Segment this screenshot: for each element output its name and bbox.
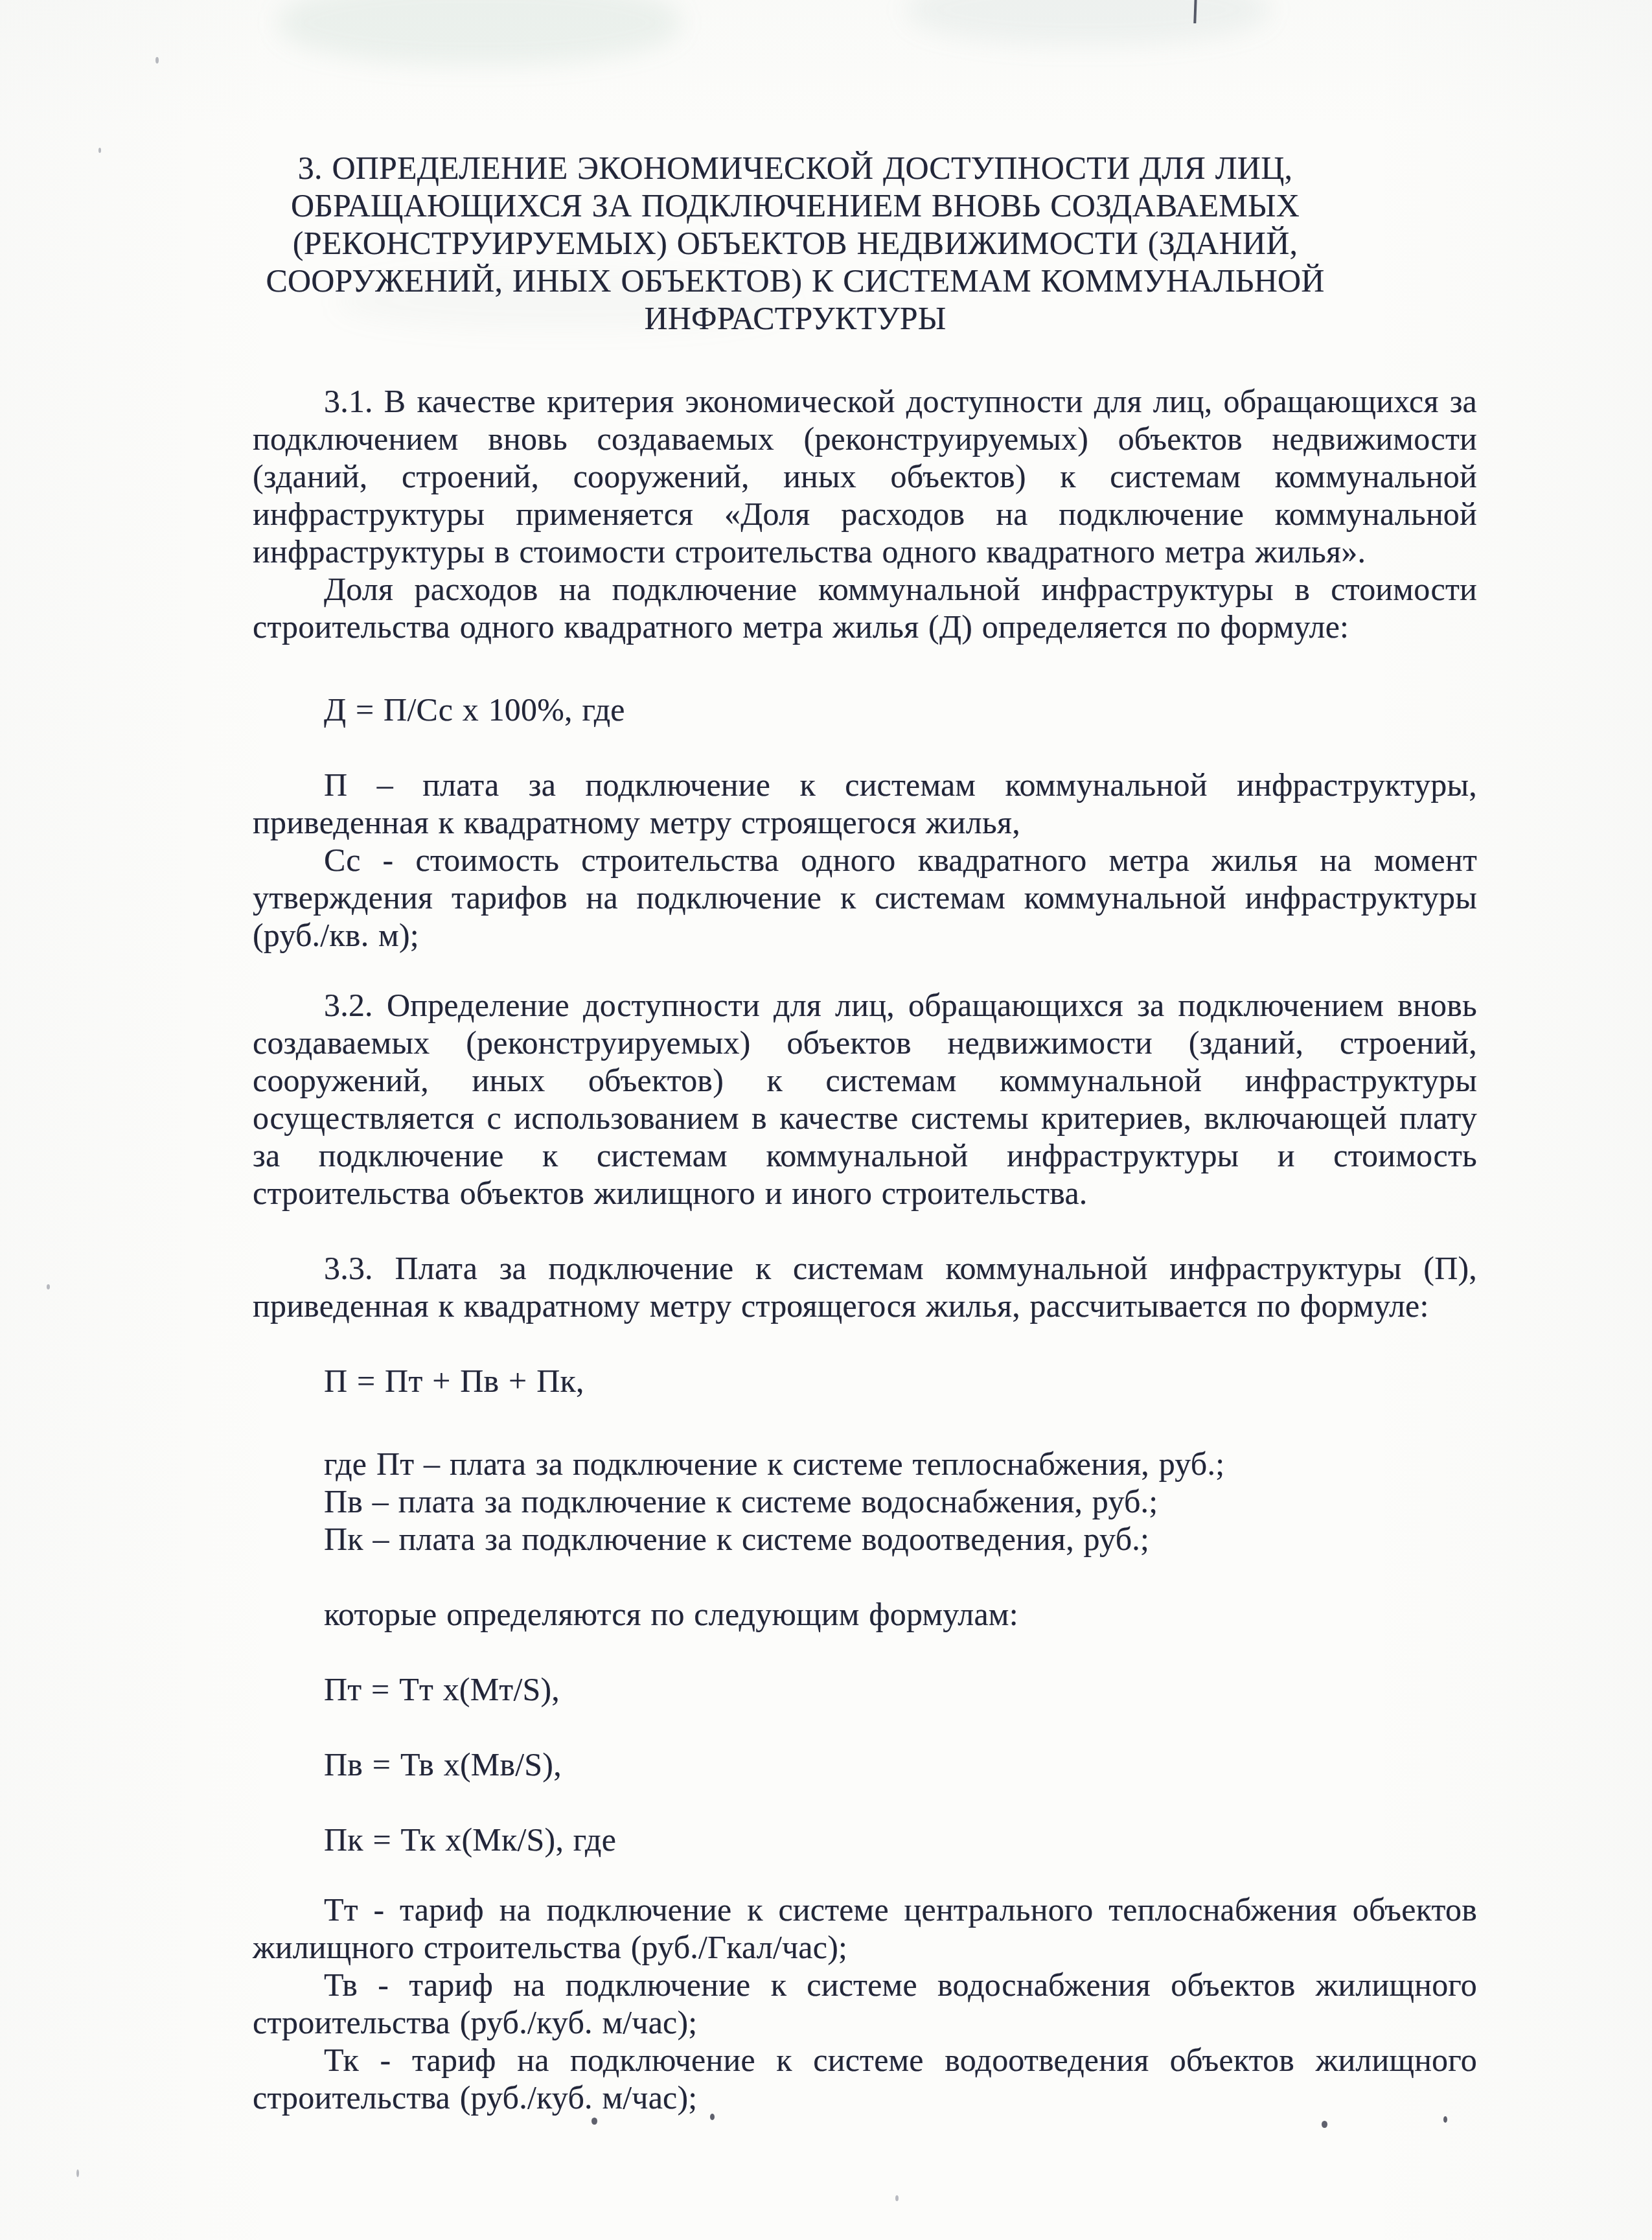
formula-pt: Пт = Тт х(Мт/S), <box>253 1670 1477 1708</box>
ink-speck <box>47 1284 50 1289</box>
scanned-document-page: 3. ОПРЕДЕЛЕНИЕ ЭКОНОМИЧЕСКОЙ ДОСТУПНОСТИ… <box>0 0 1652 2240</box>
title-line: (РЕКОНСТРУИРУЕМЫХ) ОБЪЕКТОВ НЕДВИЖИМОСТИ… <box>253 224 1338 262</box>
ink-speck <box>98 148 101 153</box>
title-line: 3. ОПРЕДЕЛЕНИЕ ЭКОНОМИЧЕСКОЙ ДОСТУПНОСТИ… <box>253 149 1338 187</box>
paragraph-term-p: П – плата за подключение к системам комм… <box>253 766 1477 841</box>
title-line: ИНФРАСТРУКТУРЫ <box>253 299 1338 337</box>
paragraph-formulas-intro: которые определяются по следующим формул… <box>253 1595 1477 1633</box>
formula-pk: Пк = Тк х(Мк/S), где <box>253 1821 1477 1858</box>
title-line: ОБРАЩАЮЩИХСЯ ЗА ПОДКЛЮЧЕНИЕМ ВНОВЬ СОЗДА… <box>253 187 1338 224</box>
paragraph-tariff-tt: Тт - тариф на подключение к системе цент… <box>253 1891 1477 1966</box>
document-content: 3. ОПРЕДЕЛЕНИЕ ЭКОНОМИЧЕСКОЙ ДОСТУПНОСТИ… <box>253 0 1477 2116</box>
ink-speck <box>710 2114 715 2120</box>
paragraph-term-cc: Сс - стоимость строительства одного квад… <box>253 841 1477 954</box>
title-line: СООРУЖЕНИЙ, ИНЫХ ОБЪЕКТОВ) К СИСТЕМАМ КО… <box>253 262 1338 299</box>
paragraph-3-1: 3.1. В качестве критерия экономической д… <box>253 382 1477 570</box>
paragraph-term-pk: Пк – плата за подключение к системе водо… <box>253 1520 1477 1558</box>
ink-speck <box>76 2169 79 2177</box>
paragraph-tariff-tk: Тк - тариф на подключение к системе водо… <box>253 2041 1477 2116</box>
paragraph-3-3: 3.3. Плата за подключение к системам ком… <box>253 1249 1477 1324</box>
formula-d: Д = П/Сс х 100%, где <box>253 691 1477 728</box>
ink-speck <box>895 2195 899 2201</box>
ink-speck <box>1443 2116 1447 2123</box>
paragraph-3-2: 3.2. Определение доступности для лиц, об… <box>253 986 1477 1212</box>
ink-speck <box>591 2118 597 2125</box>
ink-speck <box>155 57 159 64</box>
paragraph-term-pt: где Пт – плата за подключение к системе … <box>253 1445 1477 1483</box>
document-title: 3. ОПРЕДЕЛЕНИЕ ЭКОНОМИЧЕСКОЙ ДОСТУПНОСТИ… <box>253 149 1338 337</box>
formula-pv: Пв = Тв х(Мв/S), <box>253 1746 1477 1783</box>
formula-p-sum: П = Пт + Пв + Пк, <box>253 1362 1477 1400</box>
paragraph-share-definition: Доля расходов на подключение коммунально… <box>253 570 1477 645</box>
ink-speck <box>1322 2121 1327 2128</box>
paragraph-term-pv: Пв – плата за подключение к системе водо… <box>253 1483 1477 1520</box>
paragraph-tariff-tv: Тв - тариф на подключение к системе водо… <box>253 1966 1477 2041</box>
